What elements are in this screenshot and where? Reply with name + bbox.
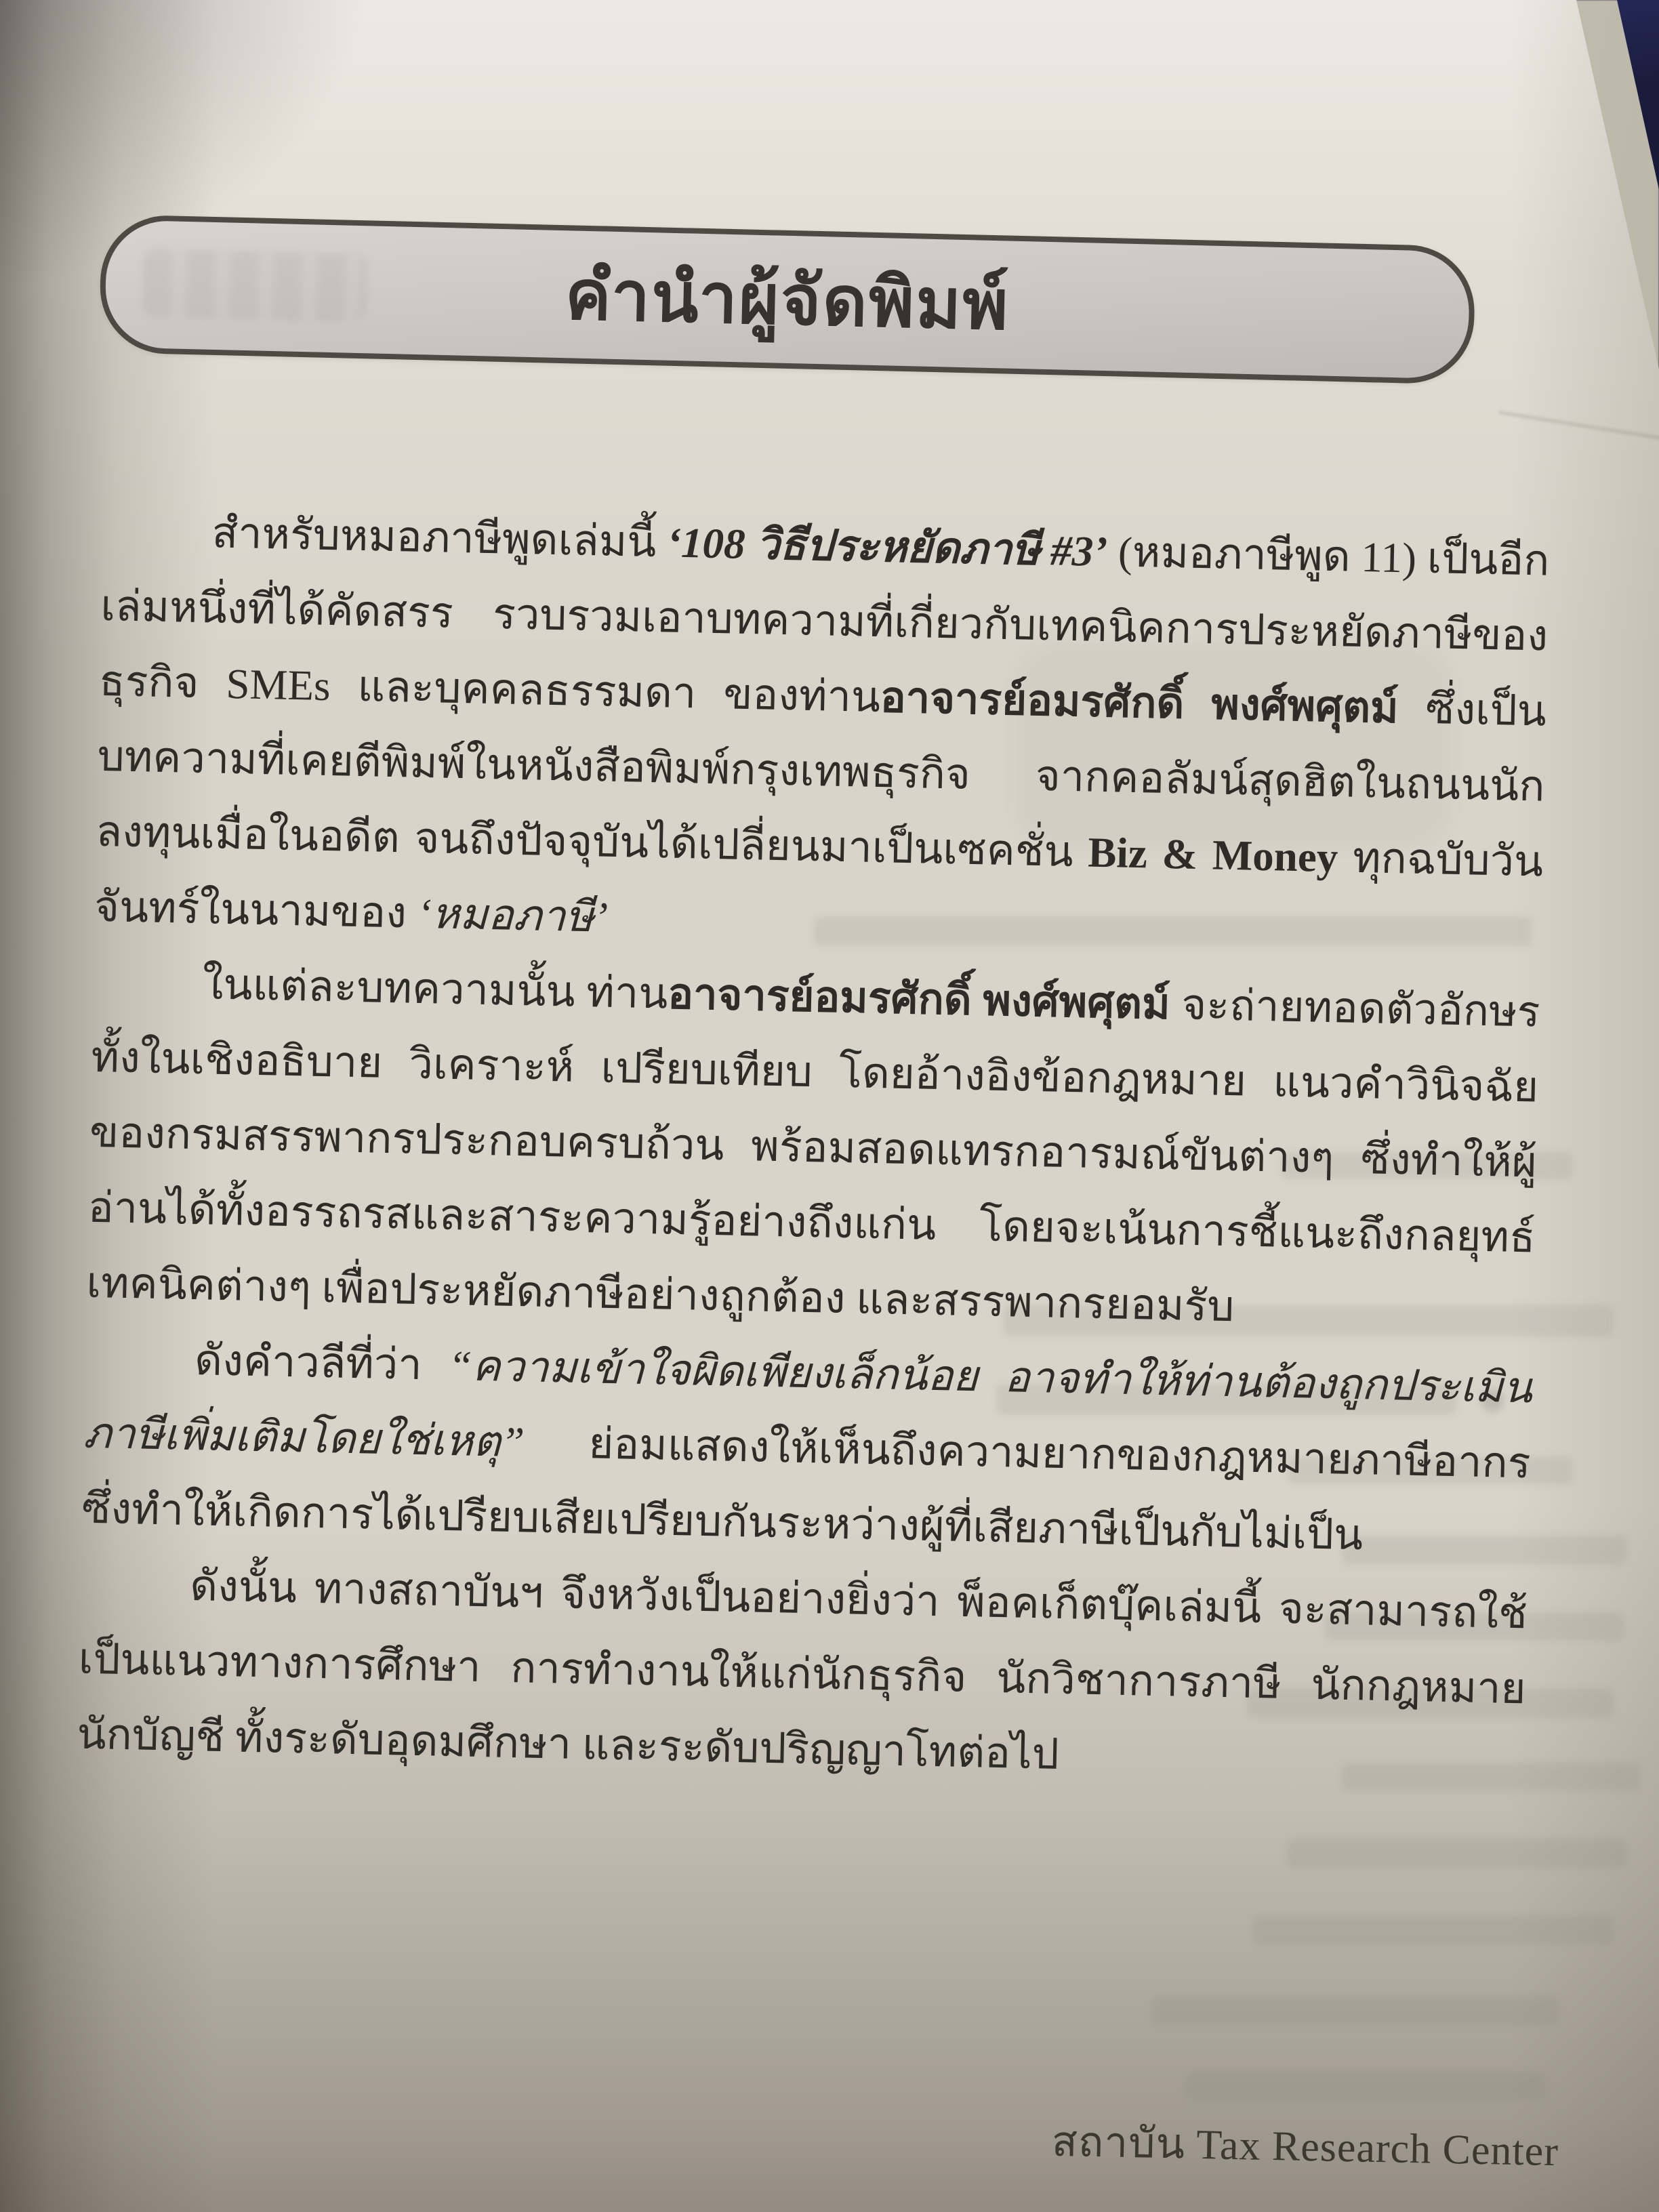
text-run: ดังนั้น ทางสถาบันฯ จึงหวังเป็นอย่างยิ่งว…	[77, 1562, 1528, 1778]
text-run: ในแต่ละบทความนั้น ท่าน	[202, 960, 668, 1017]
ink-showthrough	[1152, 1996, 1559, 2025]
paragraph-1: สำหรับหมอภาษีพูดเล่มนี้ ‘108 วิธีประหยัด…	[94, 493, 1550, 975]
banner-ink-showthrough	[142, 249, 367, 322]
paragraph-2: ในแต่ละบทความนั้น ท่านอาจารย์อมรศักดิ์ พ…	[85, 945, 1540, 1351]
title-banner: คำนำผู้จัดพิมพ์	[99, 214, 1476, 385]
page-crease	[1499, 411, 1659, 446]
text-run: สำหรับหมอภาษีพูดเล่มนี้	[211, 509, 668, 566]
text-run: ดังคำวลีที่ว่า	[194, 1336, 449, 1389]
ink-showthrough	[1254, 1917, 1613, 1944]
author-name-run: อาจารย์อมรศักดิ์ พงศ์พศุตม์	[880, 674, 1399, 732]
text-run: จะถ่ายทอดตัวอักษรทั้งในเชิงอธิบาย วิเครา…	[86, 981, 1540, 1330]
pen-name-run: ‘หมอภาษี’	[417, 890, 609, 941]
page-title: คำนำผู้จัดพิมพ์	[564, 239, 1011, 359]
book-page: คำนำผู้จัดพิมพ์ สำหรับหมอภาษีพูดเล่มนี้ …	[0, 0, 1659, 2212]
photo-background: คำนำผู้จัดพิมพ์ สำหรับหมอภาษีพูดเล่มนี้ …	[0, 0, 1659, 2212]
ink-showthrough	[1186, 2072, 1545, 2100]
book-title-run: ‘108 วิธีประหยัดภาษี #3’	[666, 518, 1108, 575]
author-name-run: อาจารย์อมรศักดิ์ พงศ์พศุตม์	[668, 970, 1171, 1029]
paragraph-4: ดังนั้น ทางสถาบันฯ จึงหวังเป็นอย่างยิ่งว…	[76, 1547, 1528, 1803]
paragraph-3: ดังคำวลีที่ว่า “ความเข้าใจผิดเพียงเล็กน้…	[81, 1321, 1533, 1577]
section-name-run: Biz & Money	[1088, 829, 1338, 882]
publisher-signature: สถาบัน Tax Research Center	[1051, 2108, 1559, 2184]
ink-showthrough	[1288, 1839, 1626, 1868]
preface-text: สำหรับหมอภาษีพูดเล่มนี้ ‘108 วิธีประหยัด…	[76, 493, 1550, 1802]
